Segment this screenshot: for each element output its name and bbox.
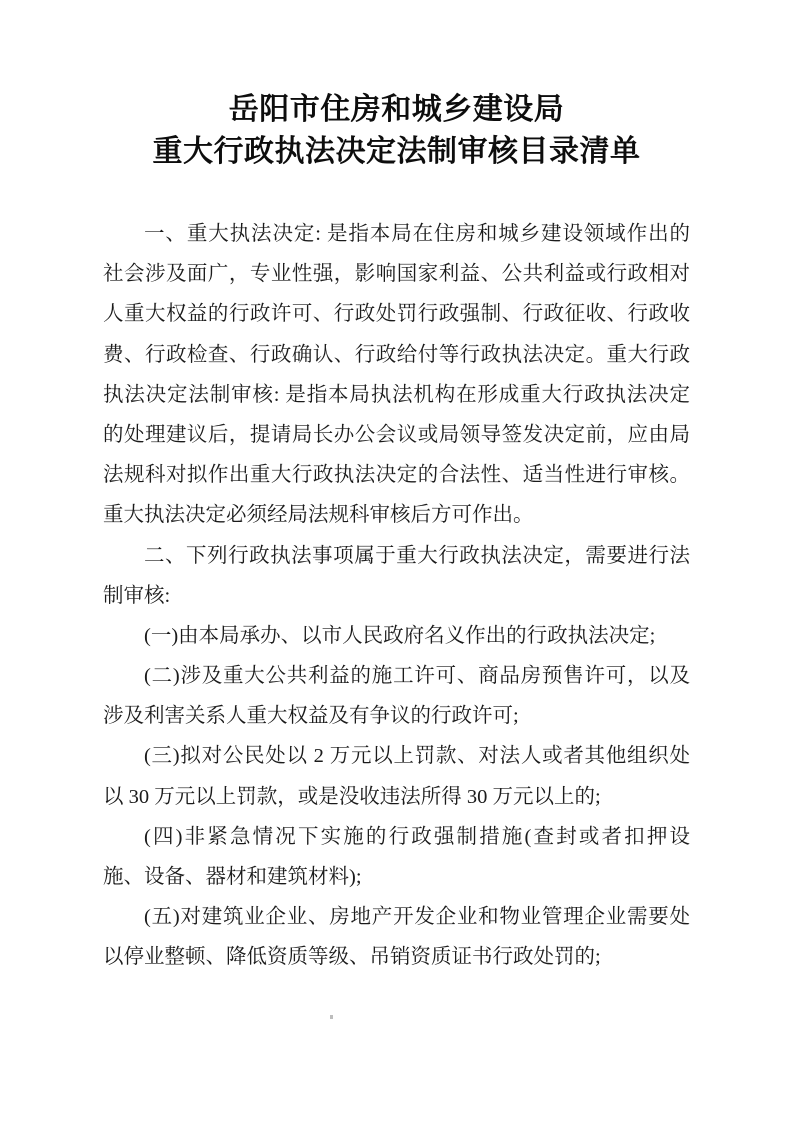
body-line: 制审核: — [103, 576, 690, 616]
scan-artifact-speck — [330, 1015, 333, 1019]
body-line: 法规科对拟作出重大行政执法决定的合法性、适当性进行审核。 — [103, 455, 690, 495]
body-line: (一)由本局承办、以市人民政府名义作出的行政执法决定; — [103, 616, 690, 656]
body-line: 执法决定法制审核: 是指本局执法机构在形成重大行政执法决定 — [103, 375, 690, 415]
body-line: 人重大权益的行政许可、行政处罚行政强制、行政征收、行政收 — [103, 294, 690, 334]
body-line: 涉及利害关系人重大权益及有争议的行政许可; — [103, 696, 690, 736]
body-line: 的处理建议后，提请局长办公会议或局领导签发决定前，应由局 — [103, 415, 690, 455]
body-line: 以停业整顿、降低资质等级、吊销资质证书行政处罚的; — [103, 937, 690, 977]
document-body: 一、重大执法决定: 是指本局在住房和城乡建设领域作出的社会涉及面广，专业性强，影… — [103, 214, 690, 978]
document-title: 岳阳市住房和城乡建设局 重大行政执法决定法制审核目录清单 — [103, 89, 690, 173]
title-line-1: 岳阳市住房和城乡建设局 — [103, 89, 690, 131]
body-line: 社会涉及面广，专业性强，影响国家利益、公共利益或行政相对 — [103, 254, 690, 294]
body-line: 施、设备、器材和建筑材料); — [103, 857, 690, 897]
body-line: (三)拟对公民处以 2 万元以上罚款、对法人或者其他组织处 — [103, 736, 690, 776]
body-line: 重大执法决定必须经局法规科审核后方可作出。 — [103, 495, 690, 535]
body-line: (二)涉及重大公共利益的施工许可、商品房预售许可，以及 — [103, 656, 690, 696]
body-line: 费、行政检查、行政确认、行政给付等行政执法决定。重大行政 — [103, 335, 690, 375]
title-line-2: 重大行政执法决定法制审核目录清单 — [103, 131, 690, 173]
document-page: 岳阳市住房和城乡建设局 重大行政执法决定法制审核目录清单 一、重大执法决定: 是… — [0, 0, 793, 1122]
body-line: 二、下列行政执法事项属于重大行政执法决定，需要进行法 — [103, 536, 690, 576]
body-line: (五)对建筑业企业、房地产开发企业和物业管理企业需要处 — [103, 897, 690, 937]
body-line: (四)非紧急情况下实施的行政强制措施(查封或者扣押设 — [103, 817, 690, 857]
body-line: 一、重大执法决定: 是指本局在住房和城乡建设领域作出的 — [103, 214, 690, 254]
body-line: 以 30 万元以上罚款，或是没收违法所得 30 万元以上的; — [103, 777, 690, 817]
